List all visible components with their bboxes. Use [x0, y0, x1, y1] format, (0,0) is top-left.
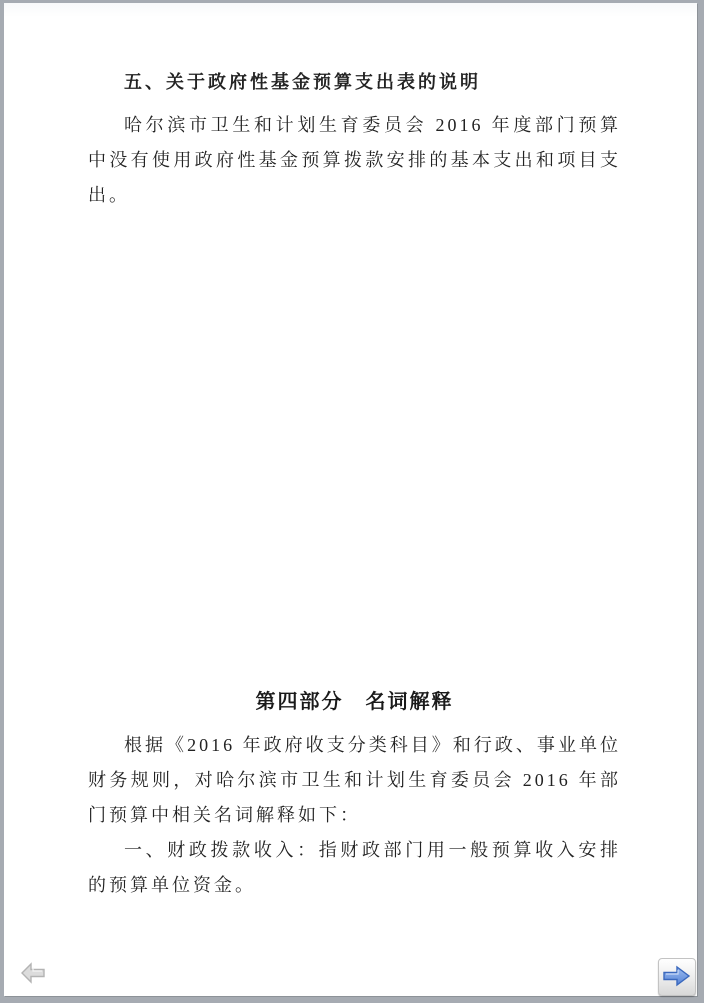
- document-viewer: { "document": { "section_fund_budget": {…: [0, 0, 704, 1003]
- glossary-heading: 第四部分 名词解释: [88, 685, 621, 720]
- fund-budget-heading: 五、关于政府性基金预算支出表的说明: [88, 65, 621, 100]
- glossary-intro-paragraph: 根据《2016 年政府收支分类科目》和行政、事业单位财务规则，对哈尔滨市卫生和计…: [88, 728, 621, 833]
- glossary-term-paragraph: 一、财政拨款收入：指财政部门用一般预算收入安排的预算单位资金。: [88, 833, 621, 903]
- section-fund-budget: 五、关于政府性基金预算支出表的说明 哈尔滨市卫生和计划生育委员会 2016 年度…: [88, 65, 621, 213]
- previous-page-button[interactable]: [20, 960, 46, 986]
- next-page-arrow-icon: [662, 964, 692, 991]
- section-glossary: 第四部分 名词解释 根据《2016 年政府收支分类科目》和行政、事业单位财务规则…: [88, 685, 621, 903]
- previous-page-arrow-icon: [20, 974, 46, 989]
- next-page-button[interactable]: [658, 958, 696, 996]
- fund-budget-paragraph: 哈尔滨市卫生和计划生育委员会 2016 年度部门预算中没有使用政府性基金预算拨款…: [88, 108, 621, 213]
- document-page: 五、关于政府性基金预算支出表的说明 哈尔滨市卫生和计划生育委员会 2016 年度…: [4, 3, 697, 996]
